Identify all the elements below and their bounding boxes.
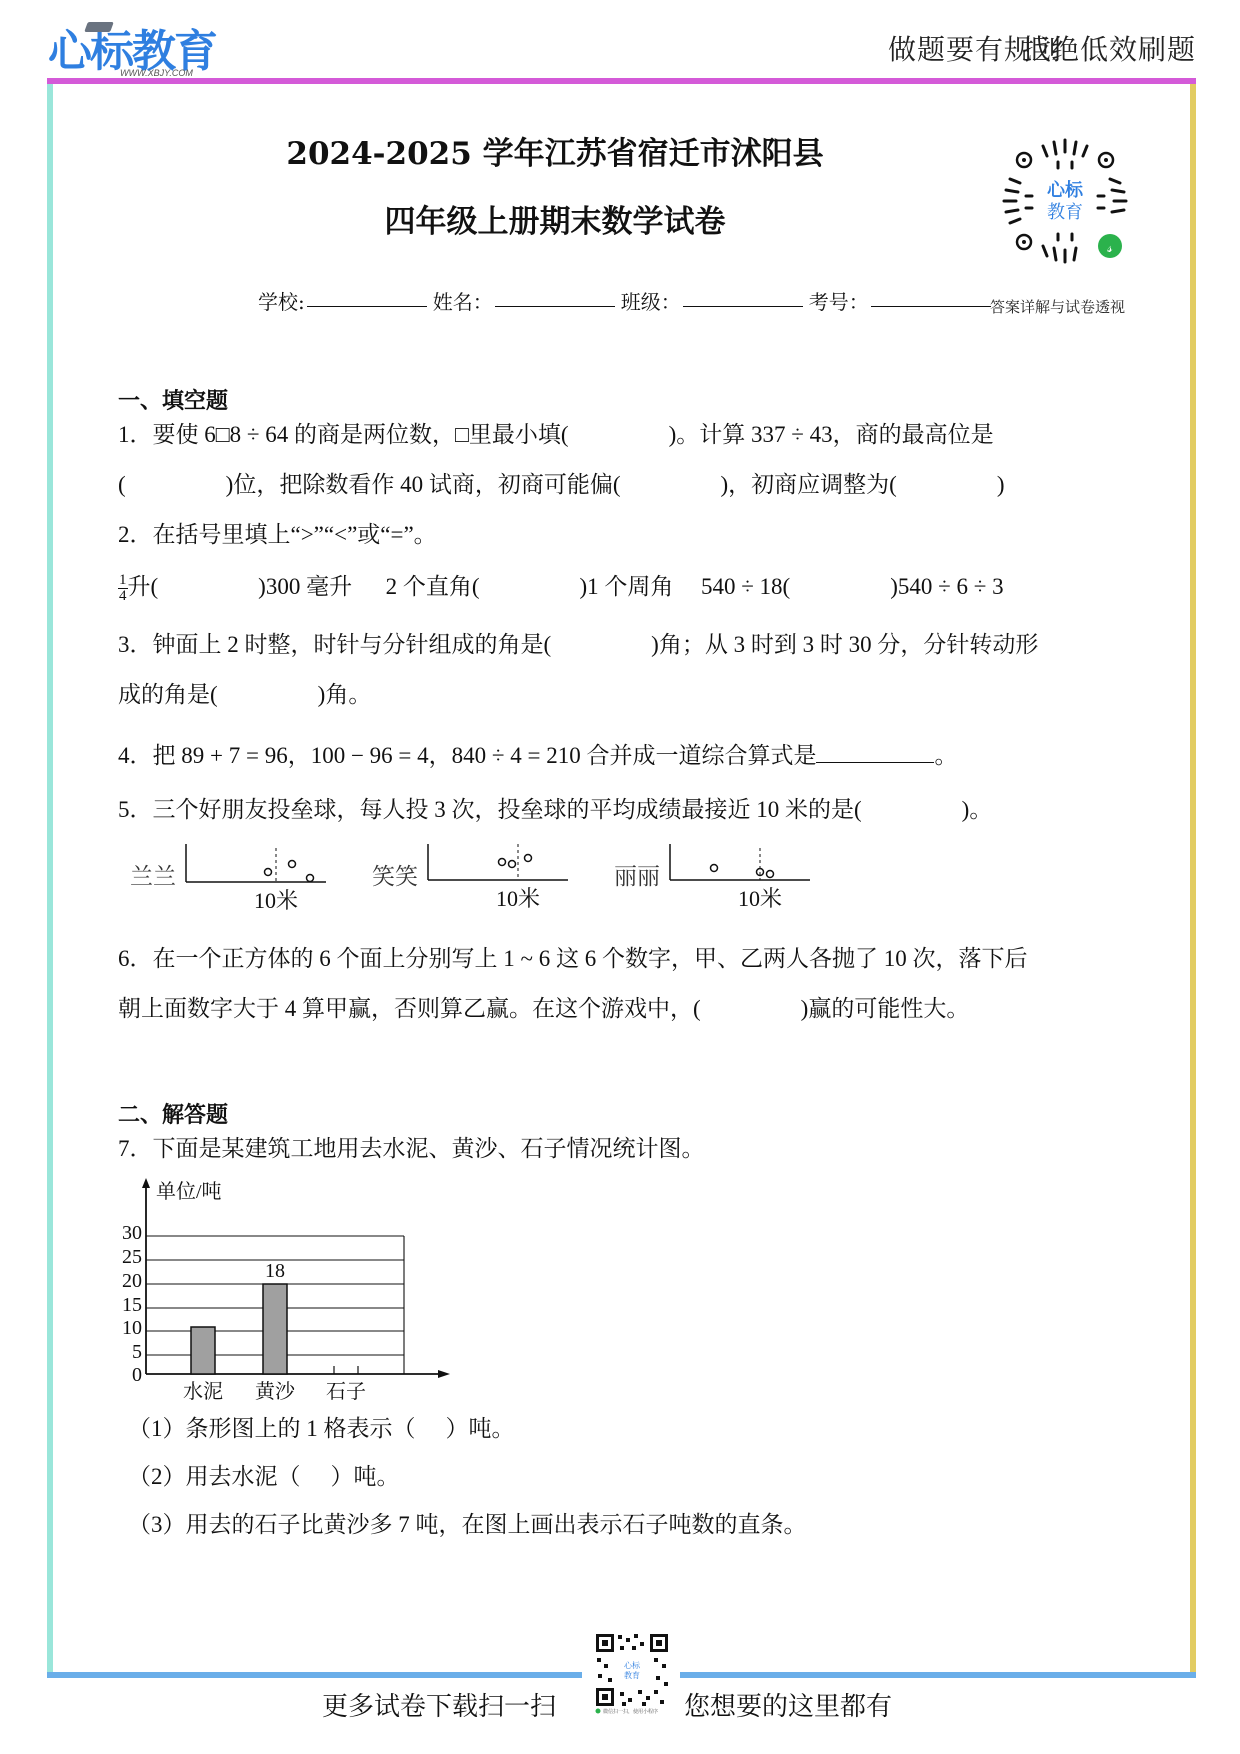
q2-item-3-b: )540 ÷ 6 ÷ 3	[890, 574, 1003, 599]
svg-text:𝓈: 𝓈	[1107, 240, 1112, 256]
throw-plot	[130, 838, 330, 918]
qr-pattern-icon: 心标 教育 𝓈	[998, 134, 1132, 268]
mini-program-qr-code[interactable]: 心标 教育 𝓈	[998, 134, 1132, 268]
question-7-sub-2: （2）用去水泥（）吨。	[128, 1462, 400, 1492]
graduation-cap-icon	[84, 22, 114, 32]
section-2-heading: 二、解答题	[118, 1098, 228, 1129]
distance-mark: 10米	[738, 882, 782, 913]
footer-left-text: 更多试卷下载扫一扫	[322, 1686, 556, 1723]
question-7-prompt: 7．下面是某建筑工地用去水泥、黄沙、石子情况统计图。	[118, 1134, 705, 1164]
question-3-line-2: 成的角是()角。	[118, 680, 371, 710]
fraction-denominator: 4	[118, 589, 128, 604]
exam-number-label: 考号：	[809, 286, 869, 315]
q6-text-b: )赢的可能性大。	[801, 996, 970, 1021]
question-6-line-1: 6．在一个正方体的 6 个面上分别写上 1 ~ 6 这 6 个数字，甲、乙两人各…	[118, 944, 1027, 974]
svg-text:心标: 心标	[624, 1660, 641, 1670]
throw-plot	[372, 838, 572, 918]
q2-item-1-a: 升(	[128, 574, 159, 599]
q2-item-1-b: )300 毫升	[258, 574, 352, 599]
throw-plot	[614, 838, 814, 918]
download-qr-code[interactable]: 心标 教育 微信扫一扫，使用小程序	[594, 1632, 670, 1714]
q1-text-f: )	[997, 472, 1005, 497]
brand-logo: 心标教育 WWW.XBJY.COM	[48, 24, 216, 76]
q4-answer-blank[interactable]	[816, 740, 934, 763]
frame-top-border	[47, 78, 1196, 84]
distance-mark: 10米	[496, 882, 540, 913]
frame-bottom-border-left	[47, 1672, 582, 1678]
fraction-numerator: 1	[118, 573, 128, 589]
question-2-prompt: 2．在括号里填上“>”“<”或“=”。	[118, 520, 437, 550]
question-7-sub-3: （3）用去的石子比黄沙多 7 吨，在图上画出表示石子吨数的直条。	[128, 1510, 807, 1540]
bar-chart-svg: 单位/吨 0 5 10 15 20 25 30 18	[108, 1176, 468, 1406]
footer-right-text: 您想要的这里都有	[684, 1686, 892, 1723]
logo-url: WWW.XBJY.COM	[120, 68, 193, 78]
frame-bottom-border-right	[680, 1672, 1196, 1678]
throw-diagram-lili: 丽丽 10米	[614, 838, 814, 918]
distance-mark: 10米	[254, 884, 298, 915]
bar-sand-label: 18	[265, 1260, 285, 1282]
y-tick-25: 25	[122, 1246, 142, 1268]
fraction-one-quarter: 14	[118, 573, 128, 604]
frame-right-border	[1190, 84, 1196, 1676]
bar-sand	[263, 1284, 287, 1374]
q3-text-a: 3．钟面上 2 时整，时针与分针组成的角是(	[118, 632, 551, 657]
q7-sub2-b: ）吨。	[331, 1464, 400, 1489]
frame-left-border	[47, 84, 53, 1676]
bar-cement	[191, 1327, 215, 1374]
q7-sub1-a: （1）条形图上的 1 格表示（	[128, 1416, 416, 1441]
y-tick-5: 5	[132, 1341, 142, 1363]
throw-diagram-lanlan: 兰兰 10米	[130, 838, 330, 918]
y-tick-0: 0	[132, 1364, 142, 1386]
question-3-line-1: 3．钟面上 2 时整，时针与分针组成的角是()角；从 3 时到 3 时 30 分…	[118, 630, 1038, 660]
svg-text:教育: 教育	[624, 1670, 640, 1680]
q5-text-b: )。	[962, 797, 993, 822]
category-sand: 黄沙	[255, 1380, 296, 1403]
q5-text-a: 5．三个好朋友投垒球，每人投 3 次，投垒球的平均成绩最接近 10 米的是(	[118, 797, 862, 822]
school-field[interactable]	[307, 286, 427, 307]
q2-item-3-a: 540 ÷ 18(	[701, 574, 790, 599]
bar-chart: 单位/吨 0 5 10 15 20 25 30 18	[108, 1176, 468, 1406]
q6-text-a: 朝上面数字大于 4 算甲赢，否则算乙赢。在这个游戏中，(	[118, 996, 701, 1021]
exam-number-field[interactable]	[871, 286, 991, 307]
qr-caption: 答案详解与试卷透视	[990, 296, 1125, 317]
name-field[interactable]	[495, 286, 615, 307]
question-1-line-1: 1．要使 6□8 ÷ 64 的商是两位数，□里最小填()。计算 337 ÷ 43…	[118, 420, 994, 450]
q1-text-d: )位，把除数看作 40 试商，初商可能偏(	[226, 472, 621, 497]
q3-text-d: )角。	[318, 682, 372, 707]
q1-text-b: )。计算 337 ÷ 43，商的最高位是	[669, 422, 994, 447]
q3-text-c: 成的角是(	[118, 682, 218, 707]
q4-text: 4．把 89 + 7 = 96，100 − 96 = 4，840 ÷ 4 = 2…	[118, 743, 816, 768]
question-4: 4．把 89 + 7 = 96，100 − 96 = 4，840 ÷ 4 = 2…	[118, 740, 957, 771]
class-field[interactable]	[683, 286, 803, 307]
y-tick-20: 20	[122, 1270, 142, 1292]
exam-title-line-2: 四年级上册期末数学试卷	[0, 196, 1110, 241]
student-info-row: 学校: 姓名： 班级： 考号：	[258, 286, 997, 315]
name-label: 姓名：	[433, 286, 493, 315]
q1-text-c: (	[118, 472, 126, 497]
y-tick-10: 10	[122, 1317, 142, 1339]
question-1-line-2: ()位，把除数看作 40 试商，初商可能偏()，初商应调整为()	[118, 470, 1005, 500]
slogan-part-2: 拒绝低效刷题	[1022, 28, 1196, 68]
category-stone: 石子	[326, 1380, 366, 1403]
school-label: 学校:	[258, 286, 305, 315]
q4-end: 。	[934, 743, 957, 768]
category-cement: 水泥	[183, 1380, 223, 1403]
y-tick-30: 30	[122, 1222, 142, 1244]
q2-item-2-a: 2 个直角(	[386, 574, 480, 599]
question-7-sub-1: （1）条形图上的 1 格表示（）吨。	[128, 1414, 515, 1444]
y-tick-15: 15	[122, 1294, 142, 1316]
svg-text:教育: 教育	[1047, 202, 1083, 223]
throw-diagram-xiaoxiao: 笑笑 10米	[372, 838, 572, 918]
q3-text-b: )角；从 3 时到 3 时 30 分，分针转动形	[651, 632, 1038, 657]
svg-text:心标: 心标	[1047, 179, 1084, 201]
question-6-line-2: 朝上面数字大于 4 算甲赢，否则算乙赢。在这个游戏中，()赢的可能性大。	[118, 994, 969, 1024]
q2-item-2-b: )1 个周角	[580, 574, 674, 599]
y-axis-label: 单位/吨	[156, 1180, 222, 1203]
q7-sub1-b: ）吨。	[446, 1416, 515, 1441]
q1-text-a: 1．要使 6□8 ÷ 64 的商是两位数，□里最小填(	[118, 422, 569, 447]
q7-sub2-a: （2）用去水泥（	[128, 1464, 301, 1489]
q1-text-e: )，初商应调整为(	[721, 472, 897, 497]
question-2-items: 14升()300 毫升 2 个直角()1 个周角 540 ÷ 18()540 ÷…	[118, 572, 1004, 604]
qr-bottom-caption: 微信扫一扫，使用小程序	[603, 1708, 658, 1714]
section-1-heading: 一、填空题	[118, 384, 228, 415]
class-label: 班级：	[621, 286, 681, 315]
exam-title-line-1: 2024-2025 学年江苏省宿迁市沭阳县	[0, 128, 1110, 173]
qr-code-icon: 心标 教育 微信扫一扫，使用小程序	[594, 1632, 670, 1714]
question-5: 5．三个好朋友投垒球，每人投 3 次，投垒球的平均成绩最接近 10 米的是()。	[118, 795, 992, 825]
